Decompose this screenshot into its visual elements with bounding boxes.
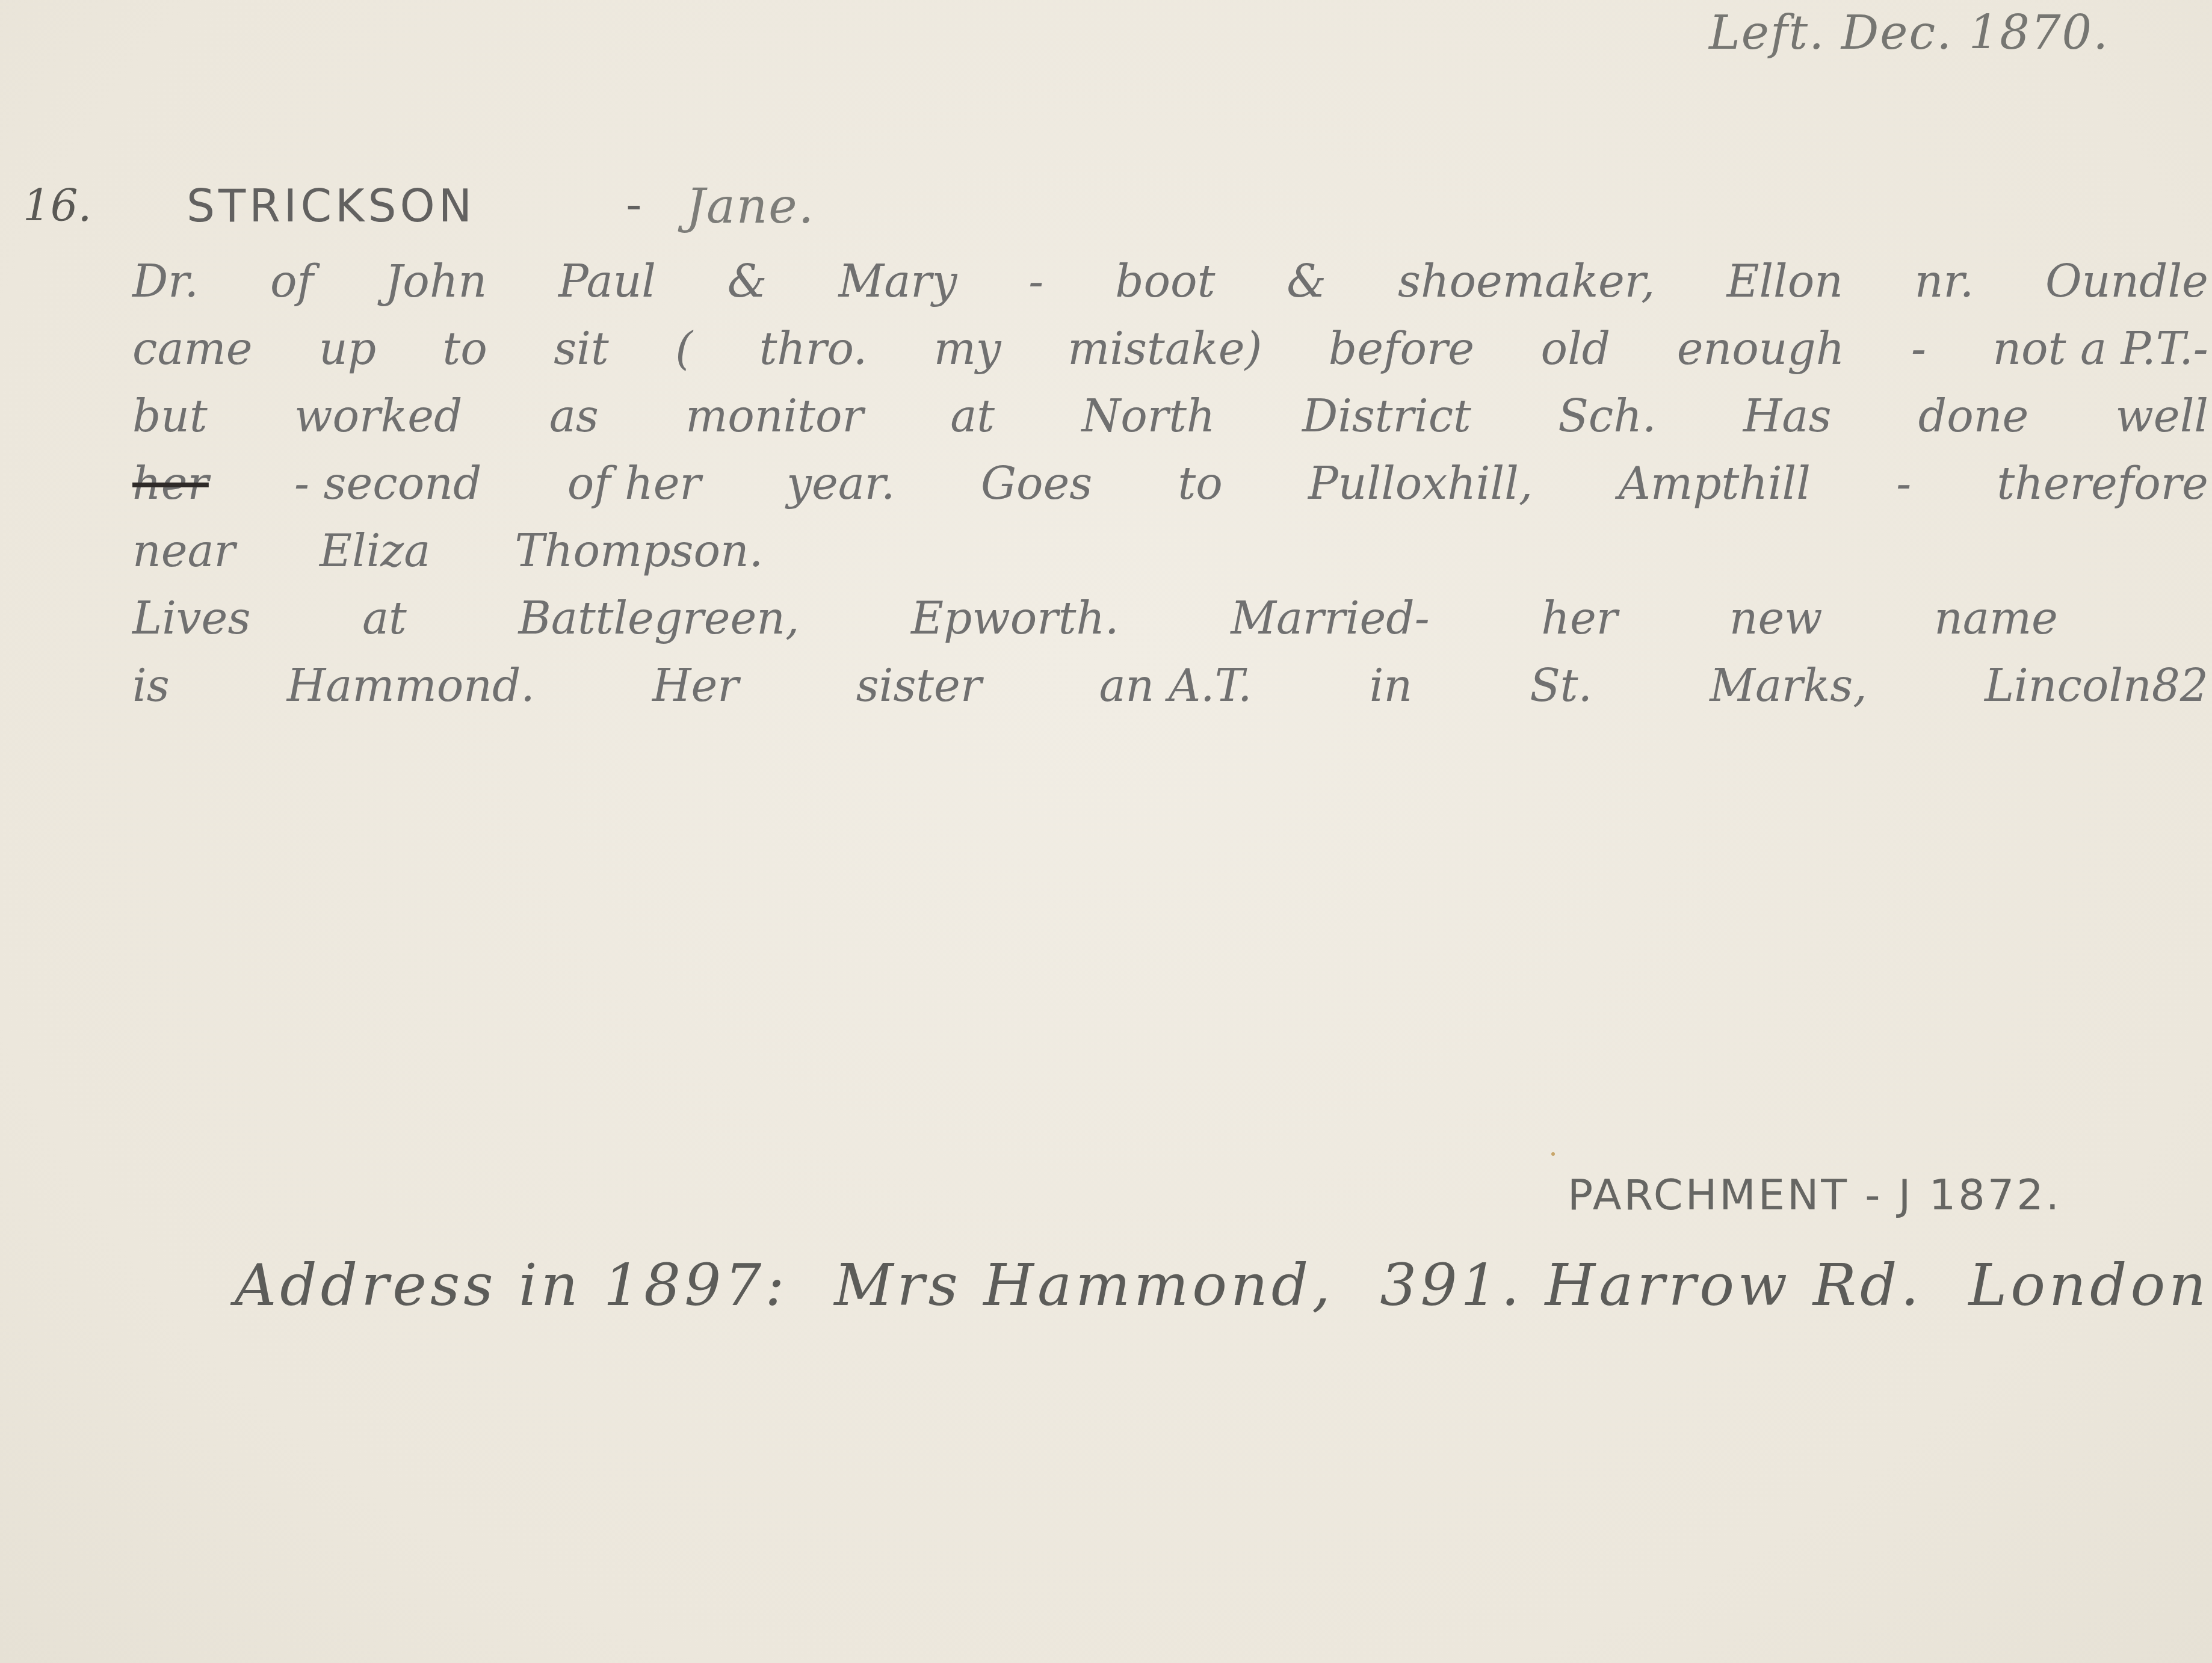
word: of her xyxy=(567,458,701,510)
word: St. xyxy=(1530,660,1592,712)
word: of xyxy=(270,256,314,307)
ink-speck xyxy=(1551,1152,1555,1156)
struck-word: her xyxy=(132,458,209,510)
word: North xyxy=(1081,390,1215,442)
word: old xyxy=(1541,323,1611,375)
word: thro. xyxy=(759,323,868,375)
word: to xyxy=(443,323,487,375)
word: up xyxy=(319,323,376,375)
word: at xyxy=(362,593,407,644)
address-label: Address in 1897: xyxy=(235,1251,788,1319)
entry-number: 16. xyxy=(23,180,92,231)
address-street: 391. Harrow Rd. xyxy=(1380,1251,1923,1319)
word: Eliza xyxy=(320,525,430,577)
surname: STRICKSON xyxy=(187,180,475,232)
word: Hammond. xyxy=(287,660,535,712)
word: at xyxy=(950,390,995,442)
note-line-7: is Hammond. Her sister an A.T. in St. Ma… xyxy=(132,660,2208,727)
word: near xyxy=(132,525,235,577)
word: but xyxy=(132,390,208,442)
left-date-note: Left. Dec. 1870. xyxy=(1709,6,2109,60)
word: & xyxy=(728,256,767,307)
word: Paul xyxy=(558,256,656,307)
word: sister xyxy=(856,660,982,712)
word: not a P.T.- xyxy=(1992,323,2208,375)
word: ( xyxy=(675,323,693,375)
entry-notes: Dr. of John Paul & Mary - boot & shoemak… xyxy=(132,256,2208,727)
word: sit xyxy=(554,323,608,375)
word: is xyxy=(132,660,170,712)
word: Goes xyxy=(981,458,1092,510)
word: boot xyxy=(1115,256,1215,307)
note-line-6: Lives at Battlegreen, Epworth. Married- … xyxy=(132,593,2058,660)
word: Mary xyxy=(838,256,957,307)
word: Battlegreen, xyxy=(518,593,799,644)
word: as xyxy=(549,390,599,442)
address-name: Mrs Hammond, xyxy=(834,1251,1334,1319)
name-separator: - xyxy=(626,179,646,231)
word: Married- xyxy=(1231,593,1429,644)
word: Lives xyxy=(132,593,250,644)
word: Lincoln82 xyxy=(1985,660,2208,712)
word: my xyxy=(934,323,1001,375)
word: name xyxy=(1934,593,2058,644)
word: her xyxy=(1541,593,1617,644)
word: done xyxy=(1918,390,2028,442)
word: to xyxy=(1178,458,1223,510)
word: enough xyxy=(1677,323,1845,375)
word: - xyxy=(1911,323,1926,375)
word: Has xyxy=(1743,390,1832,442)
word: Epworth. xyxy=(911,593,1119,644)
document-page: Left. Dec. 1870. 16. STRICKSON - Jane. D… xyxy=(0,0,2212,1663)
note-line-1: Dr. of John Paul & Mary - boot & shoemak… xyxy=(132,256,2208,323)
word: - xyxy=(1028,256,1043,307)
word: Sch. xyxy=(1558,390,1656,442)
word: in xyxy=(1370,660,1412,712)
address-city: London W. xyxy=(1969,1251,2212,1319)
word: Dr. xyxy=(132,256,199,307)
word: District xyxy=(1302,390,1471,442)
word: came xyxy=(132,323,253,375)
word: Thompson. xyxy=(514,525,763,577)
word: new xyxy=(1729,593,1823,644)
word: - second xyxy=(294,458,481,510)
word: - xyxy=(1896,458,1911,510)
parchment-note: PARCHMENT - J 1872. xyxy=(1568,1170,2062,1220)
word: Ellon xyxy=(1726,256,1843,307)
word: worked xyxy=(294,390,462,442)
word: therefore xyxy=(1997,458,2208,510)
note-line-4: her - second of her year. Goes to Pullox… xyxy=(132,458,2208,525)
note-line-3: but worked as monitor at North District … xyxy=(132,390,2208,458)
word: mistake) xyxy=(1067,323,1262,375)
word: nr. xyxy=(1915,256,1974,307)
word: well xyxy=(2116,390,2208,442)
first-name: Jane. xyxy=(686,178,815,234)
word: an A.T. xyxy=(1099,660,1252,712)
word: year. xyxy=(786,458,895,510)
note-line-5: near Eliza Thompson. xyxy=(132,525,2208,593)
word: before xyxy=(1329,323,1474,375)
word: Ampthill xyxy=(1619,458,1811,510)
address-line: Address in 1897: Mrs Hammond, 391. Harro… xyxy=(235,1251,2212,1319)
word: monitor xyxy=(685,390,863,442)
word: John xyxy=(385,256,487,307)
note-line-2: came up to sit ( thro. my mistake) befor… xyxy=(132,323,2208,390)
word: shoemaker, xyxy=(1398,256,1655,307)
word: Pulloxhill, xyxy=(1308,458,1533,510)
word: & xyxy=(1287,256,1326,307)
word: Oundle xyxy=(2045,256,2208,307)
word: Marks, xyxy=(1710,660,1867,712)
word: Her xyxy=(652,660,739,712)
